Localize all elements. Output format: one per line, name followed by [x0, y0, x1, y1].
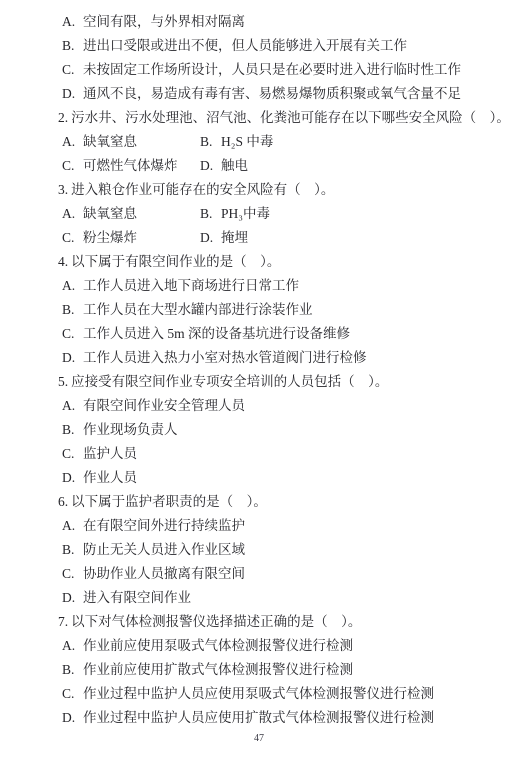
option-c: C.协助作业人员撤离有限空间 [58, 562, 488, 586]
question-stem: 5.应接受有限空间作业专项安全培训的人员包括（ ）。 [58, 370, 488, 394]
option-b: B.防止无关人员进入作业区域 [58, 538, 488, 562]
option-label: C. [62, 154, 83, 178]
option-a: A.有限空间作业安全管理人员 [58, 394, 488, 418]
question-7: 7.以下对气体检测报警仪选择描述正确的是（ ）。 A.作业前应使用泵吸式气体检测… [58, 610, 488, 730]
page-number: 47 [0, 733, 518, 744]
option-label: B. [62, 34, 83, 58]
option-label: A. [62, 202, 83, 226]
option-label: A. [62, 394, 83, 418]
option-d: D.作业过程中监护人员应使用扩散式气体检测报警仪进行检测 [58, 706, 488, 730]
option-label: A. [62, 274, 83, 298]
option-c: C.未按固定工作场所设计，人员只是在必要时进入进行临时性工作 [58, 58, 488, 82]
question-number: 7. [58, 614, 68, 629]
question-number: 4. [58, 254, 68, 269]
question-1-options: A.空间有限，与外界相对隔离 B.进出口受限或进出不便，但人员能够进入开展有关工… [58, 10, 488, 106]
option-b: B.作业前应使用扩散式气体检测报警仪进行检测 [58, 658, 488, 682]
option-text: 作业前应使用扩散式气体检测报警仪进行检测 [83, 662, 353, 677]
option-text: H₂S 中毒 [221, 134, 273, 149]
option-label: D. [62, 466, 83, 490]
option-text: 有限空间作业安全管理人员 [83, 398, 245, 413]
option-b: B.作业现场负责人 [58, 418, 488, 442]
question-stem: 4.以下属于有限空间作业的是（ ）。 [58, 250, 488, 274]
option-a: A.作业前应使用泵吸式气体检测报警仪进行检测 [58, 634, 488, 658]
option-label: C. [62, 442, 83, 466]
question-text: 进入粮仓作业可能存在的安全风险有（ ）。 [71, 182, 334, 197]
option-a: A.工作人员进入地下商场进行日常工作 [58, 274, 488, 298]
option-a: A.缺氧窒息 [62, 130, 200, 154]
option-text: 触电 [221, 158, 248, 173]
option-label: B. [62, 538, 83, 562]
option-text: 在有限空间外进行持续监护 [83, 518, 245, 533]
option-label: D. [62, 346, 83, 370]
option-b: B.工作人员在大型水罐内部进行涂装作业 [58, 298, 488, 322]
option-label: C. [62, 562, 83, 586]
option-text: 协助作业人员撤离有限空间 [83, 566, 245, 581]
option-label: D. [200, 154, 221, 178]
option-a: A.缺氧窒息 [62, 202, 200, 226]
option-text: 进入有限空间作业 [83, 590, 191, 605]
option-label: A. [62, 514, 83, 538]
option-text: 工作人员进入地下商场进行日常工作 [83, 278, 299, 293]
option-label: A. [62, 634, 83, 658]
question-text: 以下属于监护者职责的是（ ）。 [71, 494, 267, 509]
option-d: D.作业人员 [58, 466, 488, 490]
question-5: 5.应接受有限空间作业专项安全培训的人员包括（ ）。 A.有限空间作业安全管理人… [58, 370, 488, 490]
option-text: 通风不良，易造成有毒有害、易燃易爆物质积聚或氧气含量不足 [83, 86, 461, 101]
option-label: B. [62, 418, 83, 442]
option-b: B.PH₃中毒 [200, 202, 270, 226]
option-text: 未按固定工作场所设计，人员只是在必要时进入进行临时性工作 [83, 62, 461, 77]
option-d: D.进入有限空间作业 [58, 586, 488, 610]
option-b: B.进出口受限或进出不便，但人员能够进入开展有关工作 [58, 34, 488, 58]
option-text: 缺氧窒息 [83, 206, 137, 221]
option-c: C.可燃性气体爆炸 [62, 154, 200, 178]
option-text: 空间有限，与外界相对隔离 [83, 14, 245, 29]
option-text: 缺氧窒息 [83, 134, 137, 149]
option-text: 进出口受限或进出不便，但人员能够进入开展有关工作 [83, 38, 407, 53]
option-label: C. [62, 322, 83, 346]
option-label: D. [200, 226, 221, 250]
option-d: D.触电 [200, 154, 248, 178]
question-number: 5. [58, 374, 68, 389]
question-number: 2. [58, 110, 68, 125]
question-2: 2.污水井、污水处理池、沼气池、化粪池可能存在以下哪些安全风险（ ）。 A.缺氧… [58, 106, 488, 178]
question-number: 3. [58, 182, 68, 197]
option-text: 掩埋 [221, 230, 248, 245]
option-d: D.工作人员进入热力小室对热水管道阀门进行检修 [58, 346, 488, 370]
option-text: 监护人员 [83, 446, 137, 461]
option-text: 作业人员 [83, 470, 137, 485]
option-label: C. [62, 682, 83, 706]
option-label: C. [62, 226, 83, 250]
option-c: C.作业过程中监护人员应使用泵吸式气体检测报警仪进行检测 [58, 682, 488, 706]
option-text: 作业过程中监护人员应使用泵吸式气体检测报警仪进行检测 [83, 686, 434, 701]
page-content: A.空间有限，与外界相对隔离 B.进出口受限或进出不便，但人员能够进入开展有关工… [58, 10, 488, 730]
question-stem: 7.以下对气体检测报警仪选择描述正确的是（ ）。 [58, 610, 488, 634]
option-text: 作业前应使用泵吸式气体检测报警仪进行检测 [83, 638, 353, 653]
question-stem: 2.污水井、污水处理池、沼气池、化粪池可能存在以下哪些安全风险（ ）。 [58, 106, 488, 130]
option-text: 粉尘爆炸 [83, 230, 137, 245]
exam-document-page: A.空间有限，与外界相对隔离 B.进出口受限或进出不便，但人员能够进入开展有关工… [0, 0, 518, 768]
option-c: C.工作人员进入 5m 深的设备基坑进行设备维修 [58, 322, 488, 346]
question-text: 应接受有限空间作业专项安全培训的人员包括（ ）。 [71, 374, 388, 389]
option-label: D. [62, 82, 83, 106]
question-number: 6. [58, 494, 68, 509]
question-stem: 3.进入粮仓作业可能存在的安全风险有（ ）。 [58, 178, 488, 202]
option-d: D.通风不良，易造成有毒有害、易燃易爆物质积聚或氧气含量不足 [58, 82, 488, 106]
option-label: C. [62, 58, 83, 82]
option-text: 工作人员在大型水罐内部进行涂装作业 [83, 302, 313, 317]
question-stem: 6.以下属于监护者职责的是（ ）。 [58, 490, 488, 514]
question-text: 以下属于有限空间作业的是（ ）。 [71, 254, 280, 269]
option-d: D.掩埋 [200, 226, 248, 250]
option-text: 作业现场负责人 [83, 422, 178, 437]
option-label: B. [62, 658, 83, 682]
option-label: B. [200, 202, 221, 226]
option-label: D. [62, 586, 83, 610]
option-a: A.在有限空间外进行持续监护 [58, 514, 488, 538]
option-label: A. [62, 10, 83, 34]
question-4: 4.以下属于有限空间作业的是（ ）。 A.工作人员进入地下商场进行日常工作 B.… [58, 250, 488, 370]
option-label: B. [200, 130, 221, 154]
option-b: B.H₂S 中毒 [200, 130, 273, 154]
option-c: C.监护人员 [58, 442, 488, 466]
option-text: 作业过程中监护人员应使用扩散式气体检测报警仪进行检测 [83, 710, 434, 725]
option-label: A. [62, 130, 83, 154]
option-text: 工作人员进入 5m 深的设备基坑进行设备维修 [83, 326, 350, 341]
question-3: 3.进入粮仓作业可能存在的安全风险有（ ）。 A.缺氧窒息 B.PH₃中毒 C.… [58, 178, 488, 250]
option-label: B. [62, 298, 83, 322]
option-text: 可燃性气体爆炸 [83, 158, 178, 173]
question-6: 6.以下属于监护者职责的是（ ）。 A.在有限空间外进行持续监护 B.防止无关人… [58, 490, 488, 610]
option-c: C.粉尘爆炸 [62, 226, 200, 250]
option-a: A.空间有限，与外界相对隔离 [58, 10, 488, 34]
option-text: PH₃中毒 [221, 206, 270, 221]
option-text: 防止无关人员进入作业区域 [83, 542, 245, 557]
question-text: 污水井、污水处理池、沼气池、化粪池可能存在以下哪些安全风险（ ）。 [71, 110, 510, 125]
option-label: D. [62, 706, 83, 730]
option-text: 工作人员进入热力小室对热水管道阀门进行检修 [83, 350, 367, 365]
question-text: 以下对气体检测报警仪选择描述正确的是（ ）。 [71, 614, 361, 629]
